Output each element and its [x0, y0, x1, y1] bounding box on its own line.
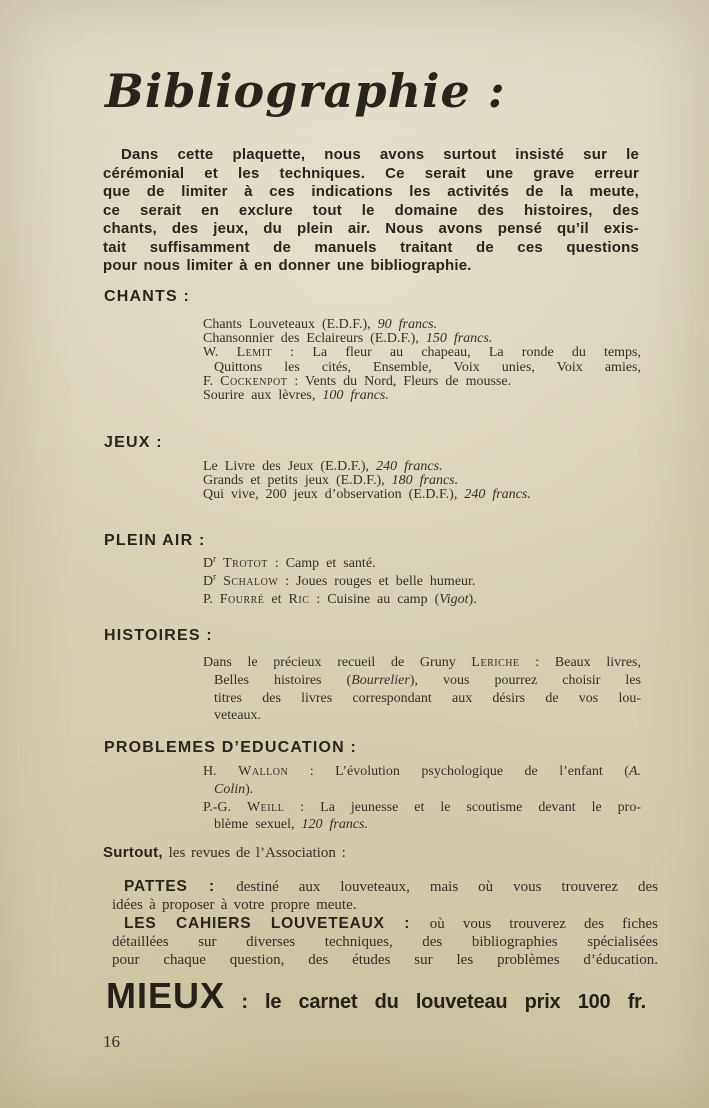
section-heading-chants: CHANTS :: [104, 288, 190, 306]
text-line: pour chaque question, des études sur les…: [112, 951, 658, 969]
text-line: LES CAHIERS LOUVETEAUX : où vous trouver…: [112, 915, 658, 933]
text-segment: F.: [203, 374, 220, 389]
text-segment: : Vents du Nord, Fleurs de mousse.: [287, 374, 511, 389]
text-segment: : L’évolution psychologique de l’enfant …: [288, 764, 629, 779]
section-entries-plein-air: Dr Trotot : Camp et santé.Dr Schalow : J…: [203, 555, 641, 608]
text-line: pour nous limiter à en donner une biblio…: [103, 257, 639, 276]
text-segment: P.: [203, 592, 220, 607]
text-segment: Quittons les cités, Ensemble, Voix unies…: [214, 360, 641, 375]
text-line: Dans cette plaquette, nous avons surtout…: [103, 146, 639, 165]
entry-lead: LES CAHIERS LOUVETEAUX :: [124, 915, 430, 932]
page-title: Bibliographie :: [105, 64, 506, 118]
text-line: tait suffisamment de manuels traitant de…: [103, 239, 639, 258]
text-segment: 240 francs.: [464, 487, 531, 502]
text-line: Grands et petits jeux (E.D.F.), 180 fran…: [203, 474, 641, 488]
text-line: Chansonnier des Eclaireurs (E.D.F.), 150…: [203, 332, 641, 346]
text-segment: ), vous pourrez choisir les: [410, 673, 641, 688]
text-segment: Leriche: [471, 655, 519, 670]
text-line: Quittons les cités, Ensemble, Voix unies…: [203, 361, 641, 375]
text-segment: 180 francs.: [392, 473, 459, 488]
text-segment: : Joues rouges et belle humeur.: [278, 574, 475, 589]
section-entries-problemes-education: H. Wallon : L’évolution psychologique de…: [203, 763, 641, 834]
text-segment: Qui vive, 200 jeux d’observation (E.D.F.…: [203, 487, 464, 502]
text-segment: Weill: [247, 800, 284, 815]
section-entries-histoires: Dans le précieux recueil de Gruny Lerich…: [203, 654, 641, 725]
section-heading-problemes-education: PROBLEMES D’EDUCATION :: [104, 739, 357, 757]
section-heading-jeux: JEUX :: [104, 434, 163, 452]
text-segment: : Beaux livres,: [520, 655, 641, 670]
text-segment: P.-G.: [203, 800, 247, 815]
text-segment: blème sexuel,: [214, 817, 301, 832]
text-segment: ).: [245, 782, 253, 797]
text-segment: détaillées sur diverses techniques, des …: [112, 934, 658, 950]
text-segment: où vous trouverez des fiches: [430, 916, 658, 932]
text-segment: Cockenpot: [220, 374, 287, 389]
text-segment: Chansonnier des Eclaireurs (E.D.F.),: [203, 331, 426, 346]
text-line: ce serait en exclure tout le domaine des…: [103, 202, 639, 221]
text-segment: Le Livre des Jeux (E.D.F.),: [203, 459, 376, 474]
text-segment: Fourré: [220, 592, 265, 607]
section-heading-histoires: HISTOIRES :: [104, 627, 213, 645]
text-segment: 150 francs.: [426, 331, 493, 346]
intro-paragraph: Dans cette plaquette, nous avons surtout…: [103, 146, 639, 276]
text-segment: chants, des jeux, du plein air. Nous avo…: [103, 220, 639, 237]
text-segment: que de limiter à ces indications les act…: [103, 183, 639, 200]
text-line: Chants Louveteaux (E.D.F.), 90 francs.: [203, 318, 641, 332]
scanned-bibliography-page: Bibliographie : Dans cette plaquette, no…: [0, 0, 709, 1108]
text-segment: Bourrelier: [351, 673, 410, 688]
text-line: Qui vive, 200 jeux d’observation (E.D.F.…: [203, 488, 641, 502]
text-segment: ce serait en exclure tout le domaine des…: [103, 202, 639, 219]
text-line: P.-G. Weill : La jeunesse et le scoutism…: [203, 799, 641, 817]
text-line: H. Wallon : L’évolution psychologique de…: [203, 763, 641, 781]
text-line: P. Fourré et Ric : Cuisine au camp (Vigo…: [203, 591, 641, 609]
text-segment: Lemit: [237, 345, 273, 360]
revue-pattes: PATTES : destiné aux louveteaux, mais où…: [112, 878, 658, 914]
text-segment: Trotot: [223, 556, 268, 571]
text-segment: A.: [629, 764, 641, 779]
text-line: blème sexuel, 120 francs.: [203, 816, 641, 834]
text-line: détaillées sur diverses techniques, des …: [112, 933, 658, 951]
mieux-banner: MIEUX : le carnet du louveteau prix 100 …: [106, 976, 646, 1016]
text-segment: tait suffisamment de manuels traitant de…: [103, 239, 639, 256]
text-line: W. Lemit : La fleur au chapeau, La ronde…: [203, 346, 641, 360]
text-segment: pour nous limiter à en donner une biblio…: [103, 257, 472, 274]
text-segment: : La fleur au chapeau, La ronde du temps…: [272, 345, 641, 360]
text-segment: Ric: [289, 592, 310, 607]
text-segment: Wallon: [238, 764, 288, 779]
text-line: Dans le précieux recueil de Gruny Lerich…: [203, 654, 641, 672]
section-entries-chants: Chants Louveteaux (E.D.F.), 90 francs.Ch…: [203, 318, 641, 403]
text-line: Belles histoires (Bourrelier), vous pour…: [203, 672, 641, 690]
text-line: titres des livres correspondant aux dési…: [203, 690, 641, 708]
text-segment: Schalow: [223, 574, 278, 589]
text-segment: titres des livres correspondant aux dési…: [214, 691, 641, 706]
mieux-rest: : le carnet du louveteau prix 100 fr.: [241, 991, 646, 1013]
text-line: Le Livre des Jeux (E.D.F.), 240 francs.: [203, 460, 641, 474]
text-segment: idées à proposer à votre propre meute.: [112, 897, 357, 913]
text-segment: et: [264, 592, 288, 607]
text-line: Dr Trotot : Camp et santé.: [203, 555, 641, 573]
text-line: Dr Schalow : Joues rouges et belle humeu…: [203, 573, 641, 591]
text-segment: cérémonial et les techniques. Ce serait …: [103, 165, 639, 182]
text-segment: H.: [203, 764, 238, 779]
text-segment: 240 francs.: [376, 459, 443, 474]
text-segment: Colin: [214, 782, 245, 797]
text-segment: ).: [469, 592, 477, 607]
revue-cahiers: LES CAHIERS LOUVETEAUX : où vous trouver…: [112, 915, 658, 969]
text-segment: Vigot: [439, 592, 468, 607]
text-line: Sourire aux lèvres, 100 francs.: [203, 389, 641, 403]
text-segment: pour chaque question, des études sur les…: [112, 952, 658, 968]
text-segment: 120 francs.: [301, 817, 368, 832]
text-segment: Sourire aux lèvres,: [203, 388, 322, 403]
text-line: idées à proposer à votre propre meute.: [112, 896, 658, 914]
text-segment: Dans cette plaquette, nous avons surtout…: [121, 146, 639, 163]
text-line: F. Cockenpot : Vents du Nord, Fleurs de …: [203, 375, 641, 389]
text-line: cérémonial et les techniques. Ce serait …: [103, 165, 639, 184]
text-segment: : Cuisine au camp (: [309, 592, 439, 607]
entry-lead: PATTES :: [124, 878, 236, 895]
text-segment: W.: [203, 345, 237, 360]
text-segment: Chants Louveteaux (E.D.F.),: [203, 317, 378, 332]
text-line: que de limiter à ces indications les act…: [103, 183, 639, 202]
text-segment: 100 francs.: [322, 388, 389, 403]
surtout-rest: les revues de l’Association :: [163, 845, 346, 861]
text-segment: Belles histoires (: [214, 673, 351, 688]
text-segment: : La jeunesse et le scoutisme devant le …: [284, 800, 641, 815]
text-line: veteaux.: [203, 707, 641, 725]
surtout-line: Surtout, les revues de l’Association :: [103, 844, 346, 862]
section-heading-plein-air: PLEIN AIR :: [104, 532, 206, 550]
text-line: Colin).: [203, 781, 641, 799]
text-segment: destiné aux louveteaux, mais où vous tro…: [236, 879, 658, 895]
text-segment: 90 francs.: [378, 317, 438, 332]
text-segment: veteaux.: [214, 708, 261, 723]
text-segment: D: [203, 556, 213, 571]
section-entries-jeux: Le Livre des Jeux (E.D.F.), 240 francs.G…: [203, 460, 641, 503]
text-line: chants, des jeux, du plein air. Nous avo…: [103, 220, 639, 239]
text-segment: Dans le précieux recueil de Gruny: [203, 655, 471, 670]
surtout-lead: Surtout,: [103, 844, 163, 861]
text-segment: Grands et petits jeux (E.D.F.),: [203, 473, 392, 488]
page-number: 16: [103, 1032, 120, 1052]
mieux-lead: MIEUX: [106, 975, 225, 1016]
text-line: PATTES : destiné aux louveteaux, mais où…: [112, 878, 658, 896]
text-segment: : Camp et santé.: [268, 556, 376, 571]
text-segment: D: [203, 574, 213, 589]
